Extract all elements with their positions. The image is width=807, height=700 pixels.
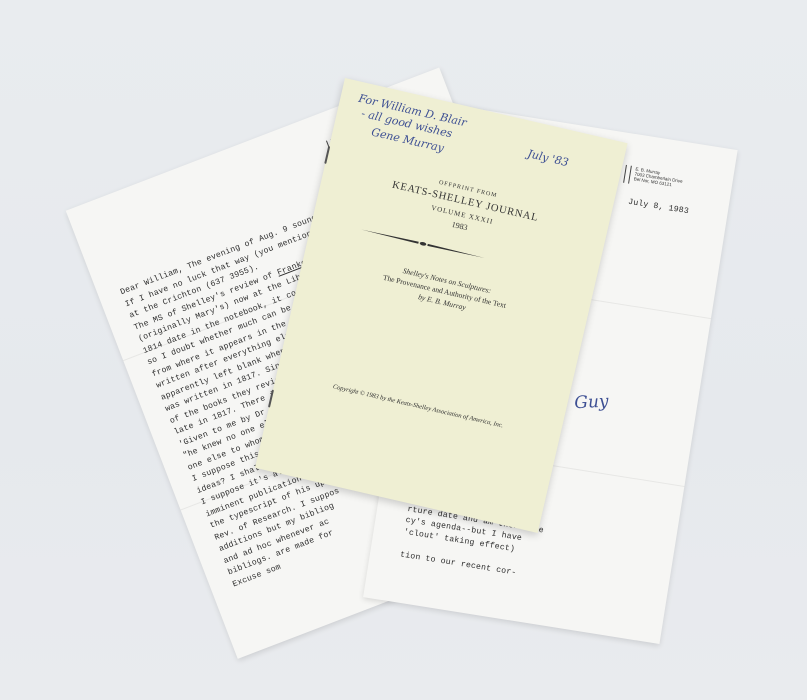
letter-date: July 8, 1983 [627,198,689,216]
letterhead: E. B. Murray 7003 Chamberlain Drive Bel … [633,166,683,188]
letterhead-bars-icon [623,165,632,184]
signature: Guy [574,392,609,414]
inscription-date: July '83 [526,147,570,169]
copyright-notice: Copyright © 1983 by the Keats-Shelley As… [276,370,560,442]
article-subtitle: The Provenance and Authority of the Text [302,254,587,328]
typed-line: tion to our recent cor- [399,550,517,577]
